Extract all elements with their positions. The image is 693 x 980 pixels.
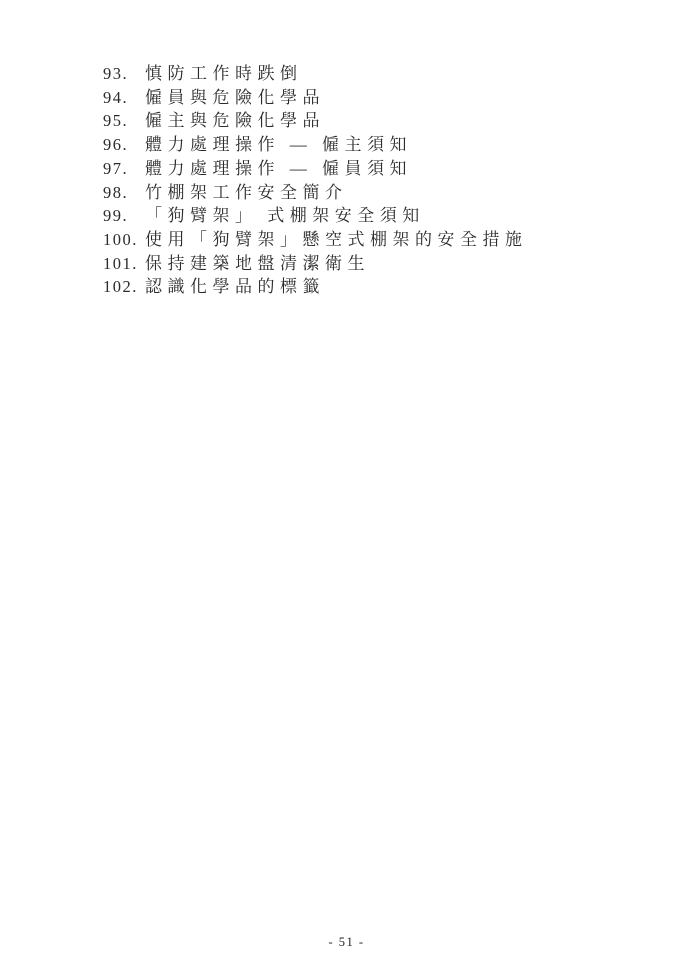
list-item: 95.僱主與危險化學品 [103, 109, 653, 133]
item-number: 100. [103, 228, 145, 252]
page-number: - 51 - [328, 935, 364, 949]
item-title: 竹棚架工作安全簡介 [145, 181, 348, 205]
item-title: 體力處理操作 — 僱主須知 [145, 133, 412, 157]
page-footer: - 51 - [0, 935, 693, 950]
item-number: 101. [103, 252, 145, 276]
item-number: 95. [103, 109, 145, 133]
item-number: 102. [103, 275, 145, 299]
item-number: 96. [103, 133, 145, 157]
list-item: 98.竹棚架工作安全簡介 [103, 181, 653, 205]
list-item: 100.使用「狗臂架」懸空式棚架的安全措施 [103, 228, 653, 252]
list-item: 101.保持建築地盤清潔衛生 [103, 252, 653, 276]
list-item: 96.體力處理操作 — 僱主須知 [103, 133, 653, 157]
item-number: 93. [103, 62, 145, 86]
list-item: 94.僱員與危險化學品 [103, 86, 653, 110]
item-number: 94. [103, 86, 145, 110]
document-page: 93.慎防工作時跌倒94.僱員與危險化學品95.僱主與危險化學品96.體力處理操… [0, 0, 693, 980]
list-item: 99.「狗臂架」 式棚架安全須知 [103, 204, 653, 228]
numbered-list: 93.慎防工作時跌倒94.僱員與危險化學品95.僱主與危險化學品96.體力處理操… [103, 62, 653, 299]
item-number: 99. [103, 204, 145, 228]
item-title: 使用「狗臂架」懸空式棚架的安全措施 [145, 228, 528, 252]
item-title: 體力處理操作 — 僱員須知 [145, 157, 412, 181]
item-number: 98. [103, 181, 145, 205]
item-title: 僱員與危險化學品 [145, 86, 325, 110]
item-title: 保持建築地盤清潔衛生 [145, 252, 370, 276]
list-item: 93.慎防工作時跌倒 [103, 62, 653, 86]
item-title: 慎防工作時跌倒 [145, 62, 303, 86]
list-item: 97.體力處理操作 — 僱員須知 [103, 157, 653, 181]
item-title: 「狗臂架」 式棚架安全須知 [145, 204, 425, 228]
item-title: 認識化學品的標籤 [145, 275, 325, 299]
item-number: 97. [103, 157, 145, 181]
item-title: 僱主與危險化學品 [145, 109, 325, 133]
list-item: 102.認識化學品的標籤 [103, 275, 653, 299]
